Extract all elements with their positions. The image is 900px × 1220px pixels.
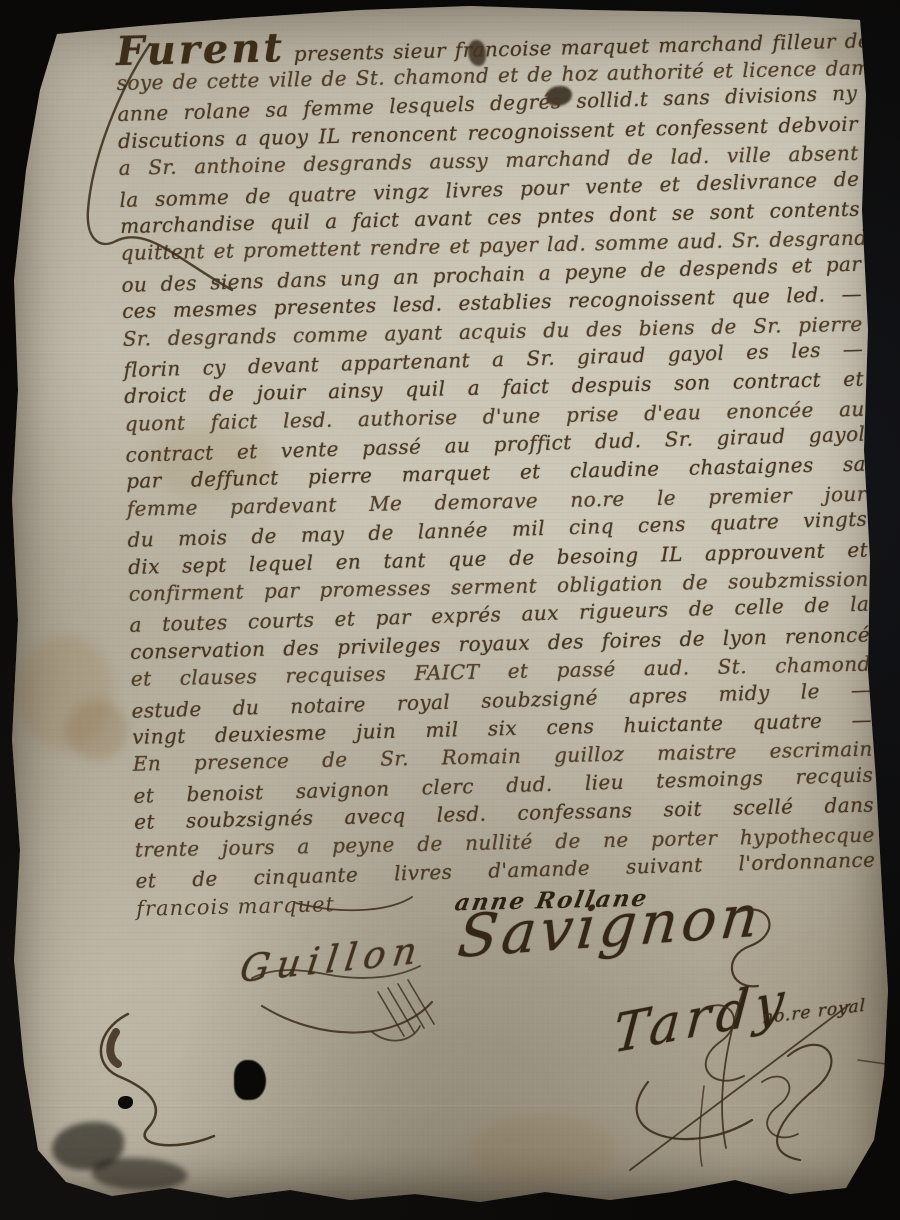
- text-line: confirment par promesses serment obligat…: [129, 565, 869, 608]
- text-line: conservation des privileges royaux des f…: [130, 620, 870, 666]
- text-line: anne rolane sa femme lesquels degrés sol…: [117, 79, 858, 129]
- tardy-right-loops: [777, 1045, 831, 1160]
- savignon-end-flourish: [732, 909, 769, 986]
- text-line: Furent presents sieur francoise marquet …: [116, 17, 857, 70]
- text-line: quont faict lesd. authorise d'une prise …: [125, 394, 865, 437]
- stain: [812, 28, 884, 70]
- tardy-under-loop: [637, 1082, 752, 1139]
- text-line: florin cy devant appartenant a Sr. girau…: [123, 335, 864, 385]
- text-line: vingt deuxiesme juin mil six cens huicta…: [132, 705, 872, 751]
- ink-smudge: [92, 1158, 187, 1190]
- left-margin-paraph: [101, 1014, 214, 1145]
- tardy-diagonal-stroke: [630, 1004, 850, 1170]
- paper-sheet: Furent presents sieur francoise marquet …: [0, 0, 900, 1220]
- text-line: soye de cette ville de St. chamond et de…: [116, 54, 856, 97]
- text-line: estude du notaire royal soubzsigné apres…: [131, 675, 872, 725]
- savignon-tail-stroke: [722, 988, 744, 1148]
- text-line: a toutes courts et par exprés aux rigueu…: [129, 590, 870, 640]
- text-line: la somme de quatre vingz livres pour ven…: [119, 164, 860, 214]
- text-line: En presence de Sr. Romain guilloz maistr…: [133, 735, 873, 778]
- guillon-strike-squiggle: [252, 966, 420, 978]
- fold-crease: [0, 1105, 900, 1108]
- signature-tardy: Tardy: [611, 970, 792, 1066]
- ink-smudge: [52, 1122, 124, 1170]
- manuscript-text: Furent presents sieur francoise marquet …: [0, 0, 900, 1220]
- text-line: et soubzsignés avecq lesd. confessans so…: [134, 791, 874, 837]
- manuscript-photo: Furent presents sieur francoise marquet …: [0, 0, 900, 1220]
- guillon-paraph-hatch: [378, 980, 434, 1036]
- closing-name-francois-marquet: francois marquet: [136, 893, 335, 925]
- text-line: Sr. desgrands comme ayant acquis du des …: [123, 309, 863, 352]
- text-line: dix sept lequel en tant que de besoing I…: [128, 535, 868, 581]
- text-line: quittent et promettent rendre et payer l…: [121, 224, 861, 267]
- text-line: marchandise quil a faict avant ces pntes…: [120, 195, 860, 241]
- text-line: ou des siens dans ung an prochain a peyn…: [121, 249, 862, 299]
- stain: [18, 635, 113, 750]
- fold-crease: [0, 352, 900, 355]
- signature-guillon: Guillon: [237, 928, 426, 991]
- text-line: et de cinquante livres d'amande suivant …: [135, 845, 876, 895]
- closing-signature-anne-rollane: anne Rollane: [452, 885, 650, 917]
- ink-blot: [546, 86, 572, 106]
- edge-tick-stroke: [858, 1060, 886, 1064]
- tardy-tail-eight: [762, 1076, 798, 1137]
- text-line: par deffunct pierre marquet et claudine …: [126, 450, 866, 496]
- opening-word: Furent: [115, 24, 285, 75]
- text-line: du mois de may de lannée mil cinq cens q…: [127, 505, 868, 555]
- text-line: et benoist savignon clerc dud. lieu tesm…: [133, 760, 874, 810]
- text-line: contract et vente passé au proffict dud.…: [125, 420, 866, 470]
- text-line: et clauses recquises FAICT et passé aud.…: [131, 650, 871, 693]
- savignon-figure-eight: [700, 1005, 744, 1081]
- text-line-rest: presents sieur francoise marquet marchan…: [293, 28, 870, 66]
- closing-row: francois marquet anne Rollane: [136, 880, 876, 924]
- text-line: discutions a quoy IL renoncent recognois…: [118, 109, 858, 155]
- text-line: a Sr. anthoine desgrands aussy marchand …: [118, 139, 858, 182]
- stain: [470, 1115, 615, 1185]
- text-line: ces mesmes presentes lesd. establies rec…: [122, 280, 862, 326]
- text-line: femme pardevant Me demorave no.re le pre…: [127, 480, 867, 523]
- paper-hole: [118, 1096, 133, 1109]
- vertical-pen-stroke: [700, 1086, 704, 1166]
- text-line: droict de jouir ainsy quil a faict despu…: [124, 365, 864, 411]
- closing-dash-stroke: [296, 897, 412, 910]
- stain: [66, 700, 128, 760]
- left-margin-paraph-blob: [110, 1032, 118, 1064]
- ink-blot: [468, 40, 486, 66]
- ink-flourishes: [0, 0, 900, 1220]
- stain: [148, 426, 273, 498]
- guillon-paraph-loop: [372, 1026, 420, 1041]
- guillon-underline-flourish: [262, 1002, 432, 1033]
- paper-hole: [234, 1060, 266, 1100]
- signature-savignon: Savignon: [455, 881, 766, 971]
- text-line: trente jours a peyne de nullité de ne po…: [135, 820, 875, 863]
- notary-royal-title: no.re royal: [762, 996, 866, 1029]
- initial-descender-flourish: [88, 44, 232, 290]
